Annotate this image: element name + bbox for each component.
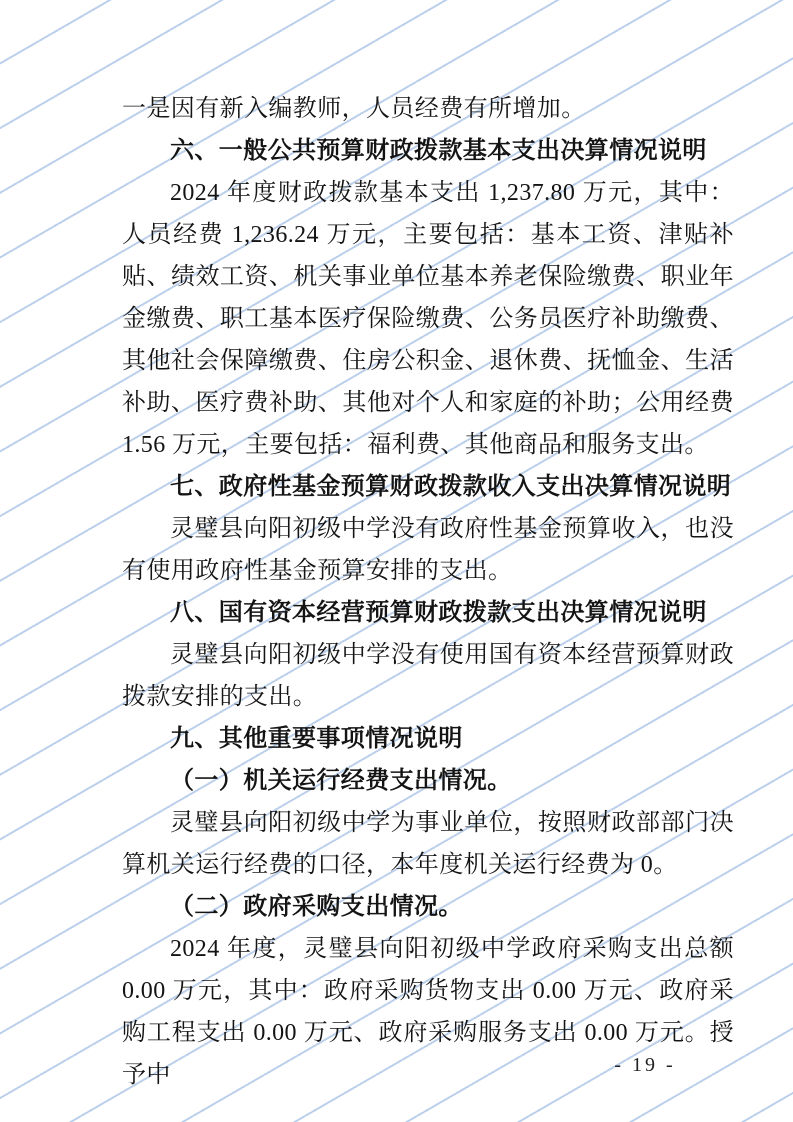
body-continued: 一是因有新入编教师，人员经费有所增加。: [122, 88, 734, 130]
paragraph: 2024 年度财政拨款基本支出 1,237.80 万元，其中：人员经费 1,23…: [122, 172, 734, 466]
paragraph: 灵璧县向阳初级中学没有政府性基金预算收入，也没有使用政府性基金预算安排的支出。: [122, 508, 734, 592]
heading: 七、政府性基金预算财政拨款收入支出决算情况说明: [122, 466, 734, 508]
paragraph: 灵璧县向阳初级中学为事业单位，按照财政部部门决算机关运行经费的口径，本年度机关运…: [122, 802, 734, 886]
paragraph: 灵璧县向阳初级中学没有使用国有资本经营预算财政拨款安排的支出。: [122, 634, 734, 718]
page-number: - 19 -: [605, 1054, 685, 1077]
document-body: 一是因有新入编教师，人员经费有所增加。六、一般公共预算财政拨款基本支出决算情况说…: [0, 0, 793, 1096]
subheading: （二）政府采购支出情况。: [122, 886, 734, 928]
heading: 九、其他重要事项情况说明: [122, 718, 734, 760]
subheading: （一）机关运行经费支出情况。: [122, 760, 734, 802]
document-page: 一是因有新入编教师，人员经费有所增加。六、一般公共预算财政拨款基本支出决算情况说…: [0, 0, 793, 1122]
heading: 八、国有资本经营预算财政拨款支出决算情况说明: [122, 592, 734, 634]
heading: 六、一般公共预算财政拨款基本支出决算情况说明: [122, 130, 734, 172]
